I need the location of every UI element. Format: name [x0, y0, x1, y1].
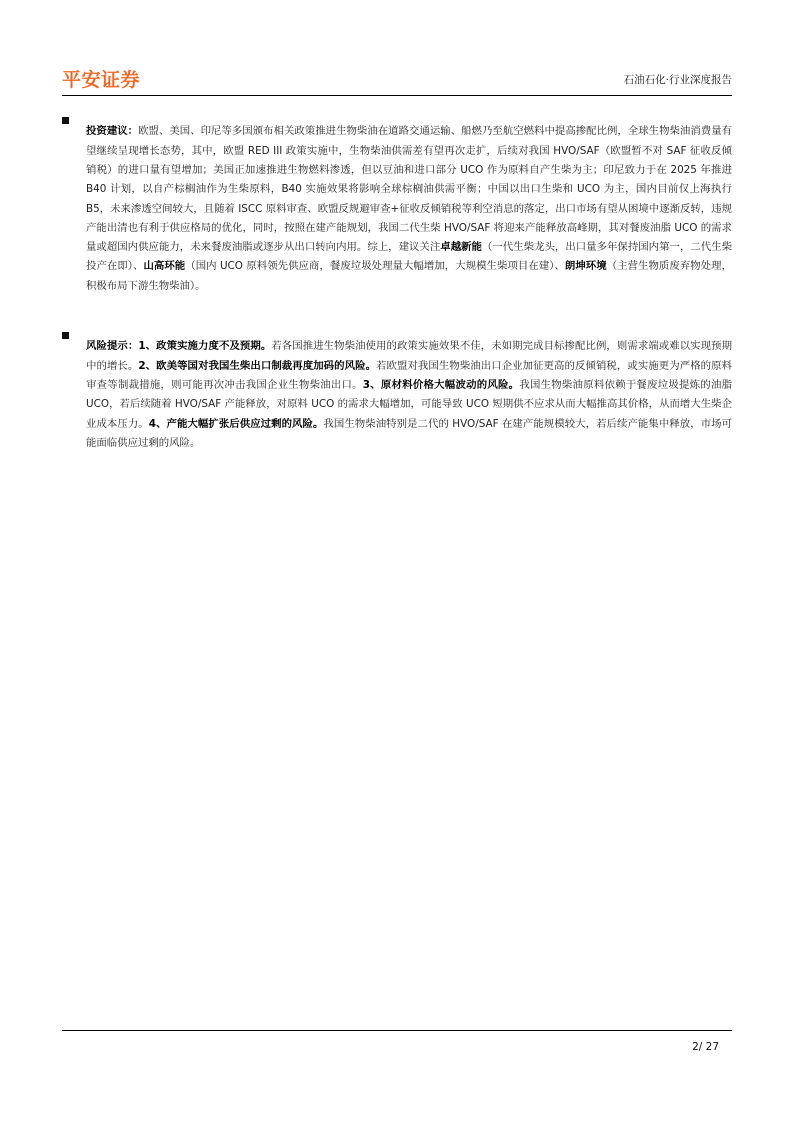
bold-text-run: 2、欧美等国对我国生柴出口制裁再度加码的风险。 — [138, 360, 376, 372]
bold-text-run: 1、政策实施力度不及预期。 — [138, 340, 271, 352]
bold-text-run: 山高环能 — [143, 260, 185, 272]
investment-advice-paragraph: 投资建议：欧盟、美国、印尼等多国颁布相关政策推进生物柴油在道路交通运输、船燃乃至… — [86, 122, 732, 296]
risk-warning-section: 风险提示：1、政策实施力度不及预期。若各国推进生物柴油使用的政策实施效果不佳，未… — [62, 327, 732, 464]
company-logo: 平安证券 — [62, 65, 140, 92]
footer-divider — [62, 1030, 732, 1031]
text-run: 欧盟、美国、印尼等多国颁布相关政策推进生物柴油在道路交通运输、船燃乃至航空燃料中… — [86, 125, 732, 253]
square-bullet-icon — [62, 117, 69, 124]
bold-text-run: 3、原材料价格大幅波动的风险。 — [363, 379, 520, 391]
square-bullet-icon — [62, 332, 69, 339]
page-number: 2/ 27 — [692, 1041, 719, 1053]
bold-text-run: 4、产能大幅扩张后供应过剩的风险。 — [149, 418, 324, 430]
section-label: 投资建议： — [86, 125, 138, 137]
investment-advice-section: 投资建议：欧盟、美国、印尼等多国颁布相关政策推进生物柴油在道路交通运输、船燃乃至… — [62, 112, 732, 306]
report-category: 石油石化·行业深度报告 — [624, 72, 732, 87]
text-run: （国内 UCO 原料领先供应商，餐废垃圾处理量大幅增加，大规模生柴项目在建）、 — [185, 260, 565, 272]
header-divider — [62, 95, 732, 96]
risk-warning-paragraph: 风险提示：1、政策实施力度不及预期。若各国推进生物柴油使用的政策实施效果不佳，未… — [86, 337, 732, 453]
section-label: 风险提示： — [86, 340, 138, 352]
bold-text-run: 卓越新能 — [440, 241, 482, 253]
bold-text-run: 朗坤环境 — [565, 260, 607, 272]
